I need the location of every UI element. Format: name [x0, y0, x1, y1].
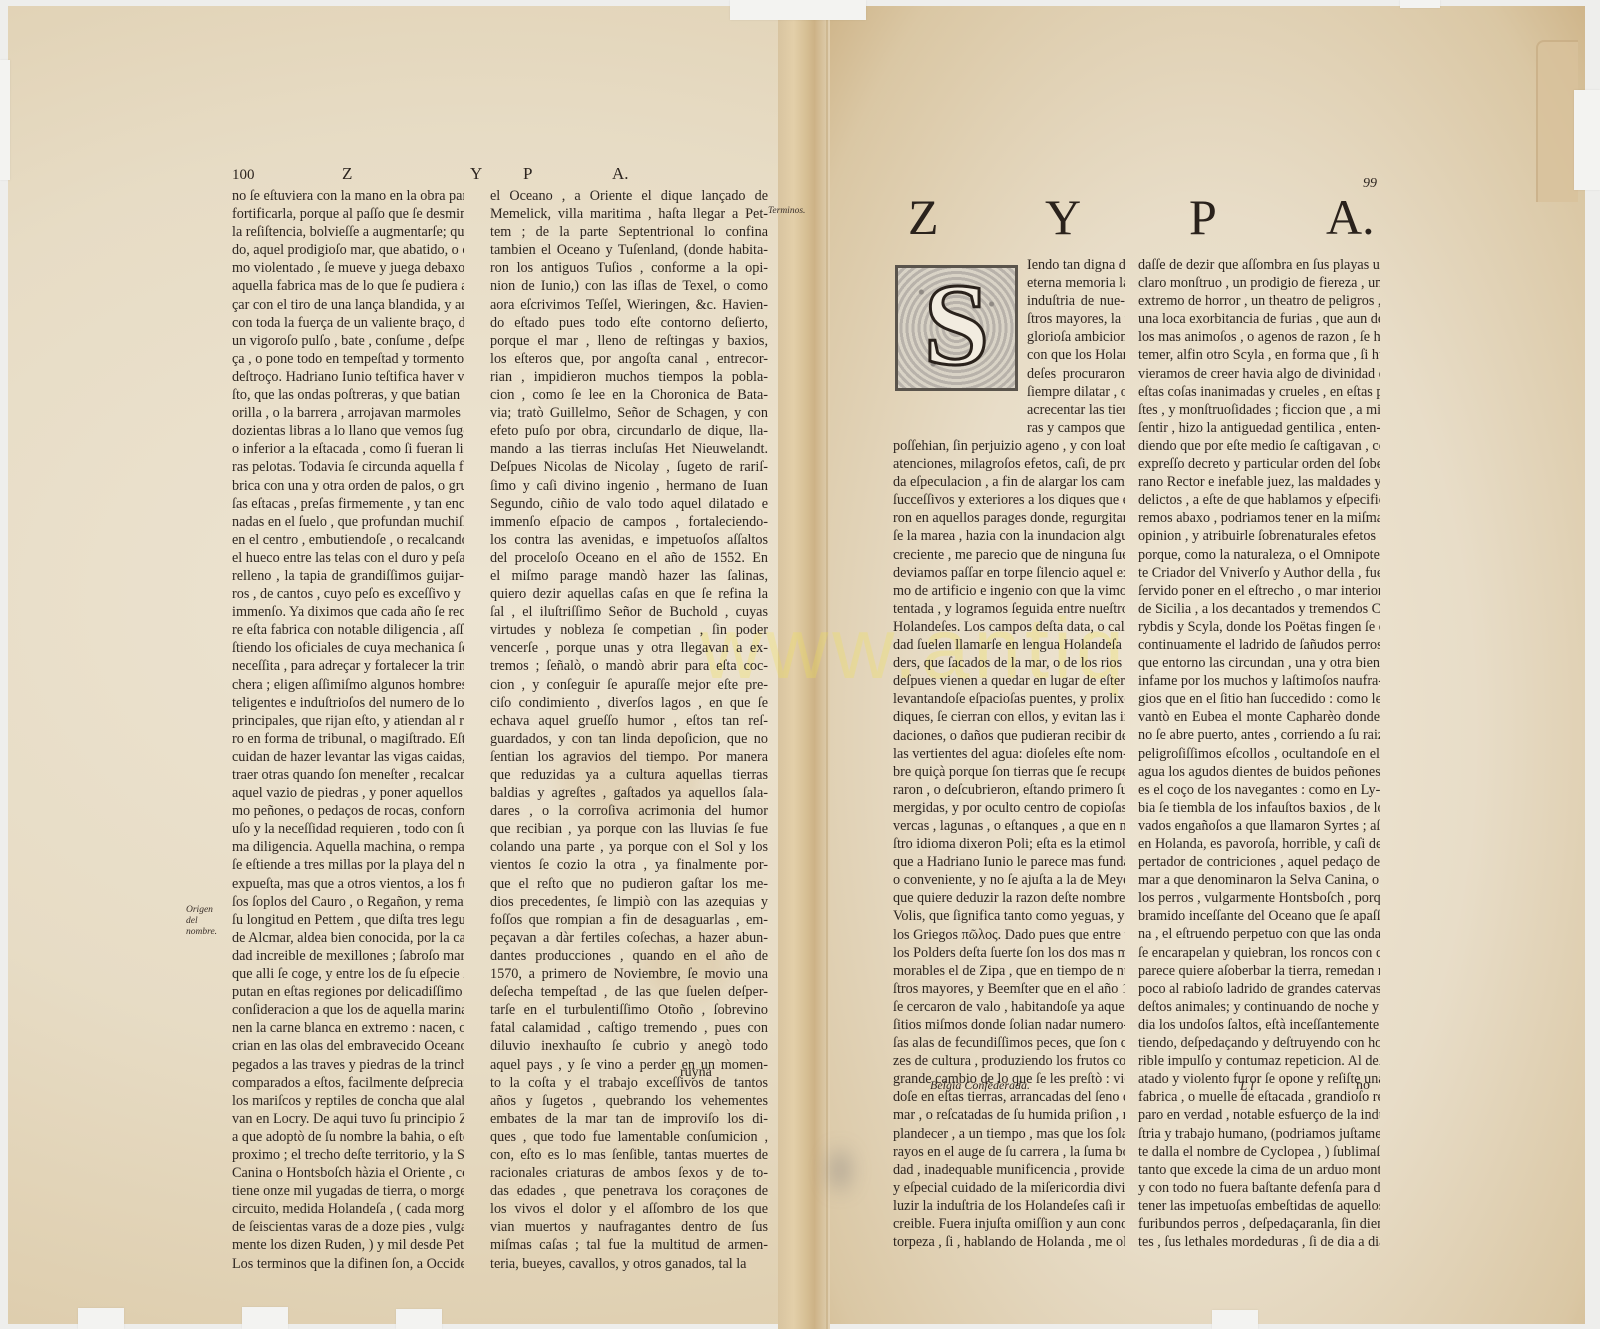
text-line: cion , como ſe lee en la Choronica de Ba… — [490, 386, 768, 404]
text-line: porque, como la naturaleza, o el Omnipot… — [1138, 546, 1380, 564]
text-line: putan en eſtas regiones por delicadiſſim… — [232, 983, 464, 1001]
text-line: orilla , o la barrera , arrojavan marmol… — [232, 404, 464, 422]
text-line: los Griegos πῶλος. Dado pues que entre t… — [893, 926, 1125, 944]
text-line: o inferior a la eſtacada , como ſi fuera… — [232, 440, 464, 458]
text-line: del proceloſo Oceano en el año de 1552. … — [490, 549, 768, 567]
text-line: vantò en Eubea el monte Capharèo donde — [1138, 708, 1380, 726]
text-line: una loca exorbitancia de furias , que au… — [1138, 310, 1380, 328]
text-line: tentada , y logramos ſeguida entre nueſt… — [893, 600, 1125, 618]
text-line: ſtiendo los oficiales de cuya mechanica … — [232, 639, 464, 657]
text-line: atenciones, milagroſos efetos, caſi, de … — [893, 455, 1125, 473]
left-page-column-1: no ſe eſtuviera con la mano en la obra p… — [232, 187, 464, 1273]
text-line: con que los Holan- — [1027, 346, 1125, 364]
text-line: ſto, que las ondas poſtreras, y que bati… — [232, 386, 464, 404]
text-line: deſecha tempeſtad , de las que ſuelen de… — [490, 983, 768, 1001]
left-page-number: 100 — [232, 167, 255, 184]
text-line: vian muertos y naufragantes dentro de ſu… — [490, 1218, 768, 1236]
catchword: no — [1356, 1078, 1370, 1094]
text-line: quiero dezir aquellas caſas en que ſe re… — [490, 585, 768, 603]
ink-smudge — [830, 1150, 850, 1190]
text-line: eſtas coſas inanimadas y crueles , en eſ… — [1138, 383, 1380, 401]
text-line: ſentian los agravios del tiempo. Por man… — [490, 748, 768, 766]
running-head-letter: P — [523, 164, 532, 184]
text-line: los contra las avenidas, e impetuoſos aſ… — [490, 531, 768, 549]
text-line: peçavan a dàr fertiles coſechas, a hazer… — [490, 929, 768, 947]
tape-strip — [0, 60, 10, 180]
text-line: los eſteros que, por angoſta canal , ent… — [490, 350, 768, 368]
text-line: tiene onze mil yugadas de tierra, o morg… — [232, 1182, 464, 1200]
text-line: deſes procuraron — [1027, 365, 1125, 383]
text-line: cion , y conſeguir ſe apuraſſe mejor eſt… — [490, 676, 768, 694]
text-line: no ſe eſtuviera con la mano en la obra p… — [232, 187, 464, 205]
tape-strip — [1574, 90, 1600, 190]
text-line: re eſta fabrica con notable diligencia ,… — [232, 621, 464, 639]
text-line: efeto puſo por obra, circundarlo de diqu… — [490, 422, 768, 440]
text-line: expreſſo decreto y particular orden del … — [1138, 455, 1380, 473]
text-line: ça , o pone todo en tempeſtad y tormento… — [232, 350, 464, 368]
text-line: ſitios miſmos donde ſolian nadar numero- — [893, 1016, 1125, 1034]
text-line: poco al rabioſo ladrido de grandes cater… — [1138, 980, 1380, 998]
text-line: deſtroço. Hadriano Iunio teſtifica haver… — [232, 368, 464, 386]
text-line: ſtria y trabajo humano, (podriamos juſta… — [1138, 1125, 1380, 1143]
text-line: foſſos que rompian a fin de desaguarlas … — [490, 911, 768, 929]
text-line: das edades , que penetrava los coraçones… — [490, 1182, 768, 1200]
text-line: fortificarla, porque al paſſo que ſe des… — [232, 205, 464, 223]
text-line: mo peñones, o pedaços de rocas, conforme… — [232, 802, 464, 820]
text-line: dares , o la corroſiva acrimonia del hum… — [490, 802, 768, 820]
margin-note-terminos: Terminos. — [768, 206, 805, 217]
text-line: ques , que todo fue lamentable conſumici… — [490, 1128, 768, 1146]
text-line: ſtes , y monſtruoſidades ; ficcion que ,… — [1138, 401, 1380, 419]
text-line: parece quiere aſoberbar la tierra, remed… — [1138, 962, 1380, 980]
text-line: immenſo. Ya diximos que cada año ſe reco… — [232, 603, 464, 621]
text-line: dozientas libras a lo llano que vemos ſu… — [232, 422, 464, 440]
text-line: Canina o Hontsboſch hàzia el Oriente , c… — [232, 1164, 464, 1182]
title-letter: P — [1189, 188, 1217, 246]
text-line: el hueco entre las telas con el duro y p… — [232, 549, 464, 567]
text-line: mando a las tierras incluſas Het Nieuwel… — [490, 440, 768, 458]
text-line: conſideracion a que los de aquella marin… — [232, 1001, 464, 1019]
text-line: ſiempre dilatar , o — [1027, 383, 1125, 401]
text-line: na , el eſtruendo perpetuo con que las o… — [1138, 925, 1380, 943]
text-line: da eſpeculacion , a fin de alargar los c… — [893, 473, 1125, 491]
text-line: ſervido poner en el eſtrecho , o mar int… — [1138, 582, 1380, 600]
text-line: dia los undoſos ſaltos, eſtà inceſſantem… — [1138, 1016, 1380, 1034]
tape-strip — [730, 0, 866, 20]
text-line: pegados a las traves y piedras de la tri… — [232, 1056, 464, 1074]
text-line: y con todo no fuera baſtante defenſa par… — [1138, 1179, 1380, 1197]
text-line: ſimo y caſi divino ingenio , hermano de … — [490, 477, 768, 495]
text-line: remos abaxo , podriamos tener en la miſm… — [1138, 509, 1380, 527]
text-line: to la coſta y el trabajo exceſſivos de t… — [490, 1074, 768, 1092]
text-line: de Sicilia , a los decantados y tremendo… — [1138, 600, 1380, 618]
text-line: paro en verdad , notable esfuerço de la … — [1138, 1106, 1380, 1124]
tape-strip — [242, 1307, 288, 1329]
text-line: ſas alas de fecundiſſimos peces, que ſon… — [893, 1034, 1125, 1052]
text-line: los mariſcos y reptiles de concha que al… — [232, 1092, 464, 1110]
text-line: dantes producciones , quando en el año d… — [490, 947, 768, 965]
text-line: diendo que por eſte medio ſe caſtigavan … — [1138, 437, 1380, 455]
text-line: cuidan de hazer levantar las vigas caida… — [232, 748, 464, 766]
text-line: neceſſita , para adreçar y fortalecer la… — [232, 657, 464, 675]
text-line: traer otras quando ſon meneſter , recalc… — [232, 766, 464, 784]
text-line: aquella fabrica mas de lo que ſe pudiera… — [232, 277, 464, 295]
text-line: do, aquel prodigioſo mar, que abatido, o… — [232, 241, 464, 259]
text-line: la reſiſtencia, bolvieſſe a augmentarſe;… — [232, 223, 464, 241]
left-page-column-2: el Oceano , a Oriente el dique lançado d… — [490, 187, 768, 1273]
text-line: vercas , lagunas , o eſtanques , a que e… — [893, 817, 1125, 835]
text-line: continuamente el ladrido de ſañudos perr… — [1138, 636, 1380, 654]
text-line: ſtros mayores, y Beemſter que en el año … — [893, 980, 1125, 998]
running-head-letter: A. — [612, 164, 629, 184]
text-line: infame por los muchos y laſtimoſos naufr… — [1138, 672, 1380, 690]
text-line: vencerſe , porque unas y otra llegavan a… — [490, 639, 768, 657]
text-line: expueſta, mas que a otros vientos, a los… — [232, 875, 464, 893]
text-line: acrecentar las tier- — [1027, 401, 1125, 419]
text-line: ron los antiguos Tuſios , conforme a la … — [490, 259, 768, 277]
signature-mark: L l — [1240, 1078, 1254, 1094]
text-line: teligentes e induſtrioſos del numero de … — [232, 694, 464, 712]
text-line: ſe encarapelan y quiebran, los roncos co… — [1138, 944, 1380, 962]
text-line: via; tratò Guillelmo, Señor de Schagen, … — [490, 404, 768, 422]
text-line: gios que en el ſitio han ſuccedido : com… — [1138, 690, 1380, 708]
text-line: aora eſcrivimos Teſſel, Wieringen, &c. H… — [490, 296, 768, 314]
text-line: bia ſe tiembla de los infauſtos baxios ,… — [1138, 799, 1380, 817]
text-line: Deſpues Nicolas de Nicolay , ſugeto de r… — [490, 458, 768, 476]
text-line: las vertientes del agua: dioſeles eſte n… — [893, 745, 1125, 763]
text-line: uſo y la neceſſidad requieren , todo con… — [232, 820, 464, 838]
text-line: diques, ſe cierran con ellos, y evitan l… — [893, 708, 1125, 726]
signature-belgia: Belgia Confederada. — [930, 1078, 1030, 1093]
text-line: chera ; eligen aſſimiſmo algunos hombres… — [232, 676, 464, 694]
text-line: de Alcmar, aldea bien conocida, por la c… — [232, 929, 464, 947]
text-line: deſpues vienen a quedar en lugar de eſte… — [893, 672, 1125, 690]
text-line: tarſe en el turbulentiſſimo Otoño , ſobr… — [490, 1001, 768, 1019]
text-line: 1570, a primero de Noviembre, ſe movio u… — [490, 965, 768, 983]
text-line: comparados a eſtos, facilmente deſprecia… — [232, 1074, 464, 1092]
text-line: nadas en el ſuelo , que profundan muchiſ… — [232, 513, 464, 531]
text-line: los mas animoſos , o agenos de razon , ſ… — [1138, 328, 1380, 346]
tape-strip — [1400, 0, 1440, 8]
text-line: crian en las olas del embravecido Oceano… — [232, 1037, 464, 1055]
text-line: ras pelotas. Todavia ſe circunda aquella… — [232, 458, 464, 476]
tape-strip — [396, 1309, 442, 1329]
text-line: ſentir , hizo la antiguedad gentilica , … — [1138, 419, 1380, 437]
text-line: porque el mar , lleno de reſtingas y bax… — [490, 332, 768, 350]
text-line: Iendo tan digna de — [1027, 256, 1125, 274]
text-line: creciente , me parecio que de ninguna ſu… — [893, 546, 1125, 564]
text-line: dad , inadequable munificencia , provide… — [893, 1161, 1125, 1179]
text-line: immenſo eſpacio de campos , fortaleciend… — [490, 513, 768, 531]
text-line: tanto que excede la cima de un arduo mon… — [1138, 1161, 1380, 1179]
text-line: daſſe de dezir que aſſombra en ſus playa… — [1138, 256, 1380, 274]
margin-note-origen: Origen del nombre. — [186, 905, 226, 938]
text-line: a que adoptò de ſu nombre la bahia, o eſ… — [232, 1128, 464, 1146]
text-line: los vivos el dolor y el aſſombro de los … — [490, 1200, 768, 1218]
text-line: vados engañoſos a que llamaron Syrtes ; … — [1138, 817, 1380, 835]
text-line: racionales criaturas de ambos ſexos y de… — [490, 1164, 768, 1182]
drop-cap-adjacent-text: Iendo tan digna deeterna memoria lainduſ… — [1027, 256, 1125, 437]
text-line: luzir la induſtria de los Holandeſes caſ… — [893, 1197, 1125, 1215]
running-head-letter: Z — [342, 164, 352, 184]
text-line: Segundo, ciñio de valo todo aquel dilata… — [490, 495, 768, 513]
text-line: virtudes y nobleza ſe competian , ſin po… — [490, 621, 768, 639]
text-line: tambien el Oceano y Tuſenland, (donde ha… — [490, 241, 768, 259]
text-line: extremo de horror , un theatro de peligr… — [1138, 292, 1380, 310]
text-line: ders, que ſacados de la mar, o de los ri… — [893, 654, 1125, 672]
tape-strip — [1212, 1310, 1258, 1329]
text-line: proximo ; el trecho deſte territorio, y … — [232, 1146, 464, 1164]
text-line: Los terminos que la difinen ſon, a Occid… — [232, 1255, 464, 1273]
text-line: vientos ſe cozio la otra , ya finalmente… — [490, 856, 768, 874]
text-line: relleno , la tapia de grandiſſimos guija… — [232, 567, 464, 585]
text-line: y eſpecial cuidado de la miſericordia di… — [893, 1179, 1125, 1197]
text-line: miſmas caſas ; tal fue la multitud de ar… — [490, 1236, 768, 1254]
text-line: bre quiçà porque ſon tierras que ſe recu… — [893, 763, 1125, 781]
text-line: rayos en el auge de ſu carrera , la ſuma… — [893, 1143, 1125, 1161]
text-line: que recibian , ya porque con las lluvias… — [490, 820, 768, 838]
right-page-column-2: daſſe de dezir que aſſombra en ſus playa… — [1138, 256, 1380, 1251]
text-line: pertador de contriciones , aquel pedaço … — [1138, 853, 1380, 871]
text-line: años y ſugetos , quebrando los vehemente… — [490, 1092, 768, 1110]
text-line: no ſe abre puerto, antes , corriendo a ſ… — [1138, 726, 1380, 744]
text-line: fabrica , o muelle de eſtacada , grandio… — [1138, 1088, 1380, 1106]
text-line: furibundos perros , deſpedaçaranla, ſin … — [1138, 1215, 1380, 1233]
text-line: teria, bueyes, cavallos, y otros ganados… — [490, 1255, 768, 1273]
title-letter: Z — [908, 188, 939, 246]
text-line: ſucceſſivos y exteriores a los diques qu… — [893, 491, 1125, 509]
text-line: do eſtado pues todo eſte contorno deſier… — [490, 314, 768, 332]
text-line: es el coço de los navegantes : como en L… — [1138, 781, 1380, 799]
text-line: diluvio inexhauſto ſe cubrio y anegò tod… — [490, 1037, 768, 1055]
text-line: ſe eſtiende a tres millas por la playa d… — [232, 856, 464, 874]
text-line: bramido inceſſante del Oceano que ſe apa… — [1138, 907, 1380, 925]
text-line: ros , de cantos , cuyo peſo es exceſſivo… — [232, 585, 464, 603]
text-line: rano Rector e inefable juez, las maldade… — [1138, 473, 1380, 491]
text-line: ſal , el iluſtriſſimo Señor de Buchold ,… — [490, 603, 768, 621]
text-line: raron , o deſcubrieron, eſtando primero … — [893, 781, 1125, 799]
text-line: Holandeſes. Los campos deſta data, o cal… — [893, 618, 1125, 636]
text-line: que entorno las circundan , una y otra b… — [1138, 654, 1380, 672]
text-line: echava aquel grueſſo humor , eſtos tan r… — [490, 712, 768, 730]
text-line: de ſeiscientas varas de a doze pies , vu… — [232, 1218, 464, 1236]
text-line: nen la carne blanca en extremo : nacen, … — [232, 1019, 464, 1037]
text-line: brica con una y otra orden de palos, o g… — [232, 477, 464, 495]
text-line: tiendo, deſpedaçando y deſtruyendo con h… — [1138, 1034, 1380, 1052]
text-line: los Polders deſta ſuerte ſon los dos mas… — [893, 944, 1125, 962]
text-line: circuito, medida Holandeſa , ( cada morg… — [232, 1200, 464, 1218]
text-line: poſſehian, ſin perjuizio ageno , y con l… — [893, 437, 1125, 455]
text-line: tremos ; ſeñalò, o mandò abrir para eſta… — [490, 657, 768, 675]
text-line: colando una parte , ya porque con el Sol… — [490, 838, 768, 856]
text-line: rybdis y Scyla, donde los Poëtas fingen … — [1138, 618, 1380, 636]
text-line: ro en forma de tribunal, o magiſtrado. E… — [232, 730, 464, 748]
text-line: que alli ſe coge, y entre los de ſu eſpe… — [232, 965, 464, 983]
text-line: vieramos de creer havia algo de divinida… — [1138, 365, 1380, 383]
text-line: claro monſtruo , un prodigio de fiereza … — [1138, 274, 1380, 292]
text-line: en Holanda, es pavoroſa, horrible, y caſ… — [1138, 835, 1380, 853]
text-line: levantandoſe eſpacioſas puentes, y proli… — [893, 690, 1125, 708]
text-line: aquel vazio de piedras , y poner aquello… — [232, 784, 464, 802]
text-line: te dalla el nombre de Cyclopea , ) ſubli… — [1138, 1143, 1380, 1161]
text-line: ron en aquellos parages donde, regurgita… — [893, 509, 1125, 527]
text-line: ras y campos que — [1027, 419, 1125, 437]
text-line: en el centro , embutiendoſe , o recalcan… — [232, 531, 464, 549]
text-line: ſtro idioma dixeron Poli; eſta es la eti… — [893, 835, 1125, 853]
text-line: tener las impetuoſas embeſtidas de aquel… — [1138, 1197, 1380, 1215]
text-line: plandecer , a un tiempo , mas que los ſo… — [893, 1125, 1125, 1143]
text-line: daciones, o daños que pudieran recibir d… — [893, 727, 1125, 745]
text-line: tes , ſus lethales mordeduras , ſi de di… — [1138, 1233, 1380, 1251]
text-line: que quiere deduzir la razon deſte nombre… — [893, 889, 1125, 907]
text-line: que a Hadriano Iunio le parece mas funda… — [893, 853, 1125, 871]
text-line: baldias y agreſtes , gaſtados ya aquello… — [490, 784, 768, 802]
text-line: con toda la fuerça de un valiente braço,… — [232, 314, 464, 332]
text-line: guardados, y con tan linda depoſicion, q… — [490, 730, 768, 748]
right-page-column-1: poſſehian, ſin perjuizio ageno , y con l… — [893, 437, 1125, 1251]
text-line: temer, alfin otro Scyla , en forma que ,… — [1138, 346, 1380, 364]
text-line: peligroſiſſimos eſcollos , ocultandoſe e… — [1138, 745, 1380, 763]
text-line: que reduzidas ya a cultura aquellas tier… — [490, 766, 768, 784]
text-line: morables el de Zipa , que en tiempo de n… — [893, 962, 1125, 980]
torn-corner — [1536, 40, 1578, 202]
text-line: eterna memoria la — [1027, 274, 1125, 292]
text-line: van en Locry. De aqui tuvo ſu principio … — [232, 1110, 464, 1128]
text-line: zes de cultura , produziendo los frutos … — [893, 1052, 1125, 1070]
tape-strip — [78, 1308, 124, 1329]
text-line: tem ; de la parte Septentrional lo confi… — [490, 223, 768, 241]
text-line: deſtos animales; y continuando de noche … — [1138, 998, 1380, 1016]
text-line: ſe cercaron de valo , habitandoſe ya aqu… — [893, 998, 1125, 1016]
catchword: ruyna — [680, 1065, 712, 1081]
text-line: agua los agudos dientes de buidos peñone… — [1138, 763, 1380, 781]
decorated-drop-cap: S — [895, 265, 1018, 391]
text-line: mo de artificio e ingenio con que la vim… — [893, 582, 1125, 600]
text-line: dad ſuelen llamarſe en lengua Holandeſa … — [893, 636, 1125, 654]
text-line: mar a que denominaron la Selva Canina, o… — [1138, 871, 1380, 889]
title-letter: Y — [1045, 188, 1081, 246]
text-line: embates de la mar tan de improviſo los d… — [490, 1110, 768, 1128]
running-head-letter: Y — [470, 164, 482, 184]
text-line: deviamos paſſar en torpe ſilencio aquel … — [893, 564, 1125, 582]
text-line: dios precedentes, ſe limpiò con las azeq… — [490, 893, 768, 911]
drop-cap-letter: S — [924, 266, 990, 384]
text-line: o conveniente, y no ſe ajuſta a la de Me… — [893, 871, 1125, 889]
text-line: atado y violento furor ſe opone y reſiſt… — [1138, 1070, 1380, 1088]
text-line: que el reſto que no pudieron gaſtar los … — [490, 875, 768, 893]
text-line: Memelick, villa maritima , haſta llegar … — [490, 205, 768, 223]
text-line: ciſo condimiento , diverſos lagos , en q… — [490, 694, 768, 712]
text-line: los perros , vulgarmente Hontsboſch , po… — [1138, 889, 1380, 907]
text-line: aquel pays , y ſe vino a perder en un mo… — [490, 1056, 768, 1074]
text-line: ſas eſtacas , preſas firmemente , y tan … — [232, 495, 464, 513]
text-line: rible impulſo y contumaz repeticion. Al … — [1138, 1052, 1380, 1070]
text-line: creible. Fuera injuſta omiſſion y aun co… — [893, 1215, 1125, 1233]
text-line: ſtros mayores, la tan — [1027, 310, 1125, 328]
text-line: ma diligencia. Aquella machina, o rempar… — [232, 838, 464, 856]
text-line: induſtria de nue- — [1027, 292, 1125, 310]
text-line: mar , o reſcatadas de ſu humida priſion … — [893, 1106, 1125, 1124]
text-line: mo violentado , ſe mueve y juega debaxo … — [232, 259, 464, 277]
text-line: dad increible de mexillones ; ſabroſo ma… — [232, 947, 464, 965]
text-line: opinion , y atribuirle ſobrenaturales ef… — [1138, 527, 1380, 545]
text-line: çar con el tiro de una lança blandida, y… — [232, 296, 464, 314]
text-line: torpeza , ſi , hablando de Holanda , me … — [893, 1233, 1125, 1251]
text-line: mergidas, y por oculto centro de copioſa… — [893, 799, 1125, 817]
text-line: principales, que rijan eſto, y atiendan … — [232, 712, 464, 730]
text-line: fatal calamidad , caſtigo tremendo , pue… — [490, 1019, 768, 1037]
title-letter: A. — [1326, 188, 1375, 246]
text-line: ſos ſoplos del Cauro , o Regañon, y rema… — [232, 893, 464, 911]
text-line: nion de Iunio,) con las iſlas de Texel, … — [490, 277, 768, 295]
text-line: con, eſto es lo mas ſenſible, tantas mue… — [490, 1146, 768, 1164]
text-line: un vigoroſo pulſo , bate , conſume , deſ… — [232, 332, 464, 350]
text-line: el miſmo parage mandò hazer las ſalinas, — [490, 567, 768, 585]
text-line: Volis, que ſignifica tanto como yeguas, … — [893, 907, 1125, 925]
text-line: ſu longitud en Pettem , que diſta tres l… — [232, 911, 464, 929]
text-line: rian , impidieron muchos tiempos la pobl… — [490, 368, 768, 386]
text-line: mente los dizen Ruden, ) y mil desde Pet… — [232, 1236, 464, 1254]
text-line: te Criador del Vniverſo y Author della ,… — [1138, 564, 1380, 582]
text-line: glorioſa ambicion — [1027, 328, 1125, 346]
text-line: el Oceano , a Oriente el dique lançado d… — [490, 187, 768, 205]
text-line: ſe la marea , hazia con la inundacion al… — [893, 527, 1125, 545]
text-line: delictos , a eſte de que hablamos y eſpe… — [1138, 491, 1380, 509]
